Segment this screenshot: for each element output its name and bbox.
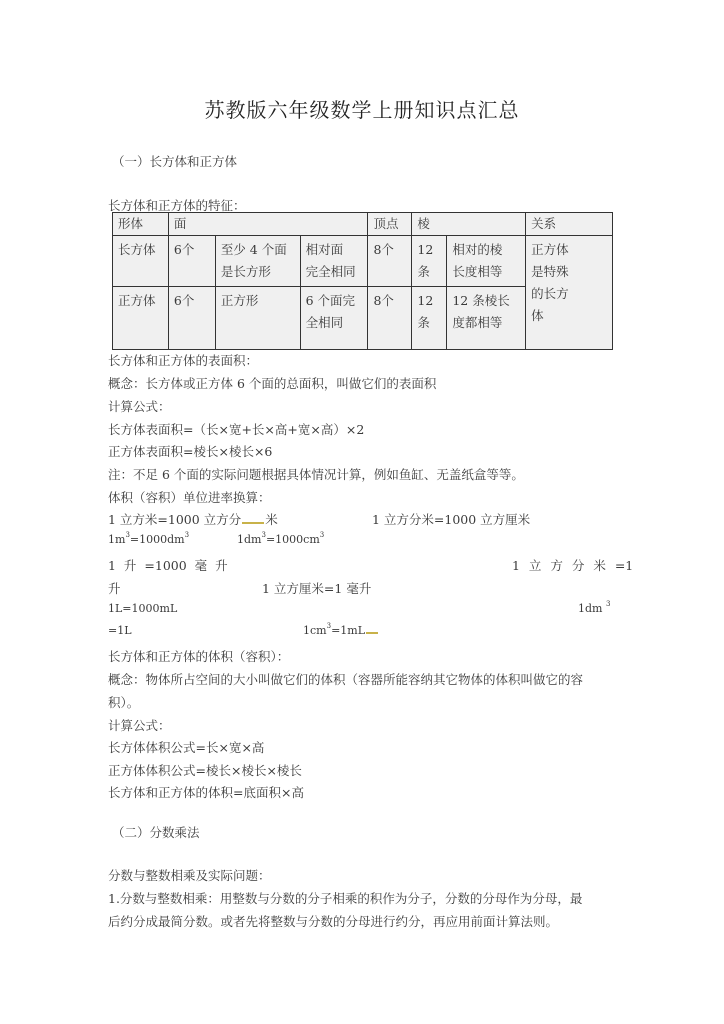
unit-liter-cont: 升 — [108, 579, 121, 597]
cell-vertices: 8个 — [368, 287, 412, 350]
cell-text: 条 — [417, 312, 441, 334]
table-row: 长方体 6个 至少 4 个面是长方形 相对面完全相同 8个 12条 相对的棱长度… — [113, 236, 613, 287]
section-heading-1: （一）长方体和正方体 — [112, 152, 237, 170]
unit-dm3-l-symbol: 1dm 3 — [578, 602, 610, 615]
cell-edge-relation: 相对的棱长度相等 — [447, 236, 526, 287]
superscript: 3 — [125, 531, 129, 539]
cell-text: 12 — [417, 239, 441, 261]
cell-face-count: 6个 — [168, 287, 215, 350]
surface-note: 注：不足 6 个面的实际问题根据具体情况计算，例如鱼缸、无盖纸盒等等。 — [108, 465, 524, 483]
underline-mark — [366, 624, 378, 634]
underline-mark — [242, 514, 264, 524]
header-edge: 棱 — [412, 213, 526, 236]
volume-general-formula: 长方体和正方体的体积=底面积×高 — [108, 783, 304, 801]
table-header-row: 形体 面 顶点 棱 关系 — [113, 213, 613, 236]
superscript: 3 — [320, 531, 324, 539]
section-heading-2: （二）分数乘法 — [112, 823, 200, 841]
cell-vertices: 8个 — [368, 236, 412, 287]
unit-m3-symbol: 1m3=1000dm3 — [108, 533, 189, 546]
superscript: 3 — [185, 531, 189, 539]
cell-text: 12 — [417, 290, 441, 312]
cell-face-count: 6个 — [168, 236, 215, 287]
unit-text: =1000dm — [130, 533, 185, 546]
header-relation: 关系 — [526, 213, 613, 236]
cell-shape: 正方体 — [113, 287, 169, 350]
unit-liter-ml: 1 升 =1000 毫 升 — [108, 556, 228, 574]
cell-text: 6 个面完 — [306, 290, 363, 312]
unit-cm3-ml-symbol: 1cm3=1mL — [303, 624, 379, 637]
unit-text: 1m — [108, 533, 125, 546]
cell-text: 的长方 — [531, 283, 607, 305]
cell-text: 12 条棱长 — [452, 290, 520, 312]
features-table: 形体 面 顶点 棱 关系 长方体 6个 至少 4 个面是长方形 相对面完全相同 … — [112, 212, 613, 350]
cell-shape: 长方体 — [113, 236, 169, 287]
cell-text: 全相同 — [306, 312, 363, 334]
unit-dm3-liter: 1 立 方 分 米 =1 — [512, 556, 633, 574]
unit-l-cont: =1L — [108, 624, 132, 637]
cell-text: 至少 4 个面 — [221, 239, 295, 261]
cell-face-shape: 至少 4 个面是长方形 — [215, 236, 300, 287]
surface-concept: 概念：长方体或正方体 6 个面的总面积，叫做它们的表面积 — [108, 374, 436, 392]
cell-relation: 正方体 是特殊 的长方 体 — [526, 236, 613, 350]
cell-text: 是长方形 — [221, 261, 295, 283]
unit-text: 1dm — [578, 602, 602, 615]
volume-formula-label: 计算公式： — [108, 716, 171, 734]
cell-text: 相对面 — [306, 239, 363, 261]
volume-cuboid-formula: 长方体体积公式=长×宽×高 — [108, 738, 264, 756]
unit-text: =1mL — [331, 624, 365, 637]
unit-text: 1cm — [303, 624, 327, 637]
cell-text: 条 — [417, 261, 441, 283]
cell-text: 正方体 — [531, 239, 607, 261]
cell-text: 是特殊 — [531, 261, 607, 283]
fraction-rule: 1.分数与整数相乘：用整数与分数的分子相乘的积作为分子，分数的分母作为分母，最 — [108, 889, 582, 907]
header-vertex: 顶点 — [368, 213, 412, 236]
surface-formula-label: 计算公式： — [108, 397, 171, 415]
surface-cuboid-formula: 长方体表面积=（长×宽+长×高+宽×高）×2 — [108, 420, 364, 438]
cell-text: 体 — [531, 305, 607, 327]
cell-text: 长度相等 — [452, 261, 520, 283]
unit-dm3-symbol: 1dm3=1000cm3 — [237, 533, 324, 546]
unit-dm3-cm3: 1 立方分米=1000 立方厘米 — [372, 510, 530, 528]
surface-heading: 长方体和正方体的表面积： — [108, 351, 258, 369]
surface-cube-formula: 正方体表面积=棱长×棱长×6 — [108, 442, 272, 460]
volume-heading: 长方体和正方体的体积（容积）： — [108, 647, 289, 665]
unit-m3-dm3: 1 立方米=1000 立方分米 — [108, 510, 278, 528]
superscript: 3 — [327, 622, 331, 630]
cell-text: 完全相同 — [306, 261, 363, 283]
cell-edges: 12条 — [412, 287, 447, 350]
unit-text: 米 — [265, 512, 278, 527]
cell-face-relation: 相对面完全相同 — [300, 236, 368, 287]
header-face: 面 — [168, 213, 368, 236]
volume-cube-formula: 正方体体积公式=棱长×棱长×棱长 — [108, 761, 302, 779]
superscript: 3 — [261, 531, 265, 539]
fraction-subheading: 分数与整数相乘及实际问题： — [108, 866, 271, 884]
cell-text: 度都相等 — [452, 312, 520, 334]
unit-text: 1dm — [237, 533, 261, 546]
unit-text: 1 立方米=1000 立方分 — [108, 512, 241, 527]
cell-face-shape: 正方形 — [215, 287, 300, 350]
cell-edges: 12条 — [412, 236, 447, 287]
unit-l-ml-symbol: 1L=1000mL — [108, 602, 177, 615]
volume-concept-cont: 积）。 — [108, 693, 139, 711]
document-title: 苏教版六年级数学上册知识点汇总 — [0, 94, 724, 123]
units-heading: 体积（容积）单位进率换算： — [108, 488, 271, 506]
cell-edge-relation: 12 条棱长度都相等 — [447, 287, 526, 350]
fraction-rule-cont: 后约分成最简分数。或者先将整数与分数的分母进行约分，再应用前面计算法则。 — [108, 912, 558, 930]
unit-cm3-ml: 1 立方厘米=1 毫升 — [262, 579, 371, 597]
unit-text: =1000cm — [266, 533, 320, 546]
cell-face-relation: 6 个面完全相同 — [300, 287, 368, 350]
header-shape: 形体 — [113, 213, 169, 236]
superscript: 3 — [606, 600, 610, 608]
cell-text: 相对的棱 — [452, 239, 520, 261]
volume-concept: 概念：物体所占空间的大小叫做它们的体积（容器所能容纳其它物体的体积叫做它的容 — [108, 670, 583, 688]
